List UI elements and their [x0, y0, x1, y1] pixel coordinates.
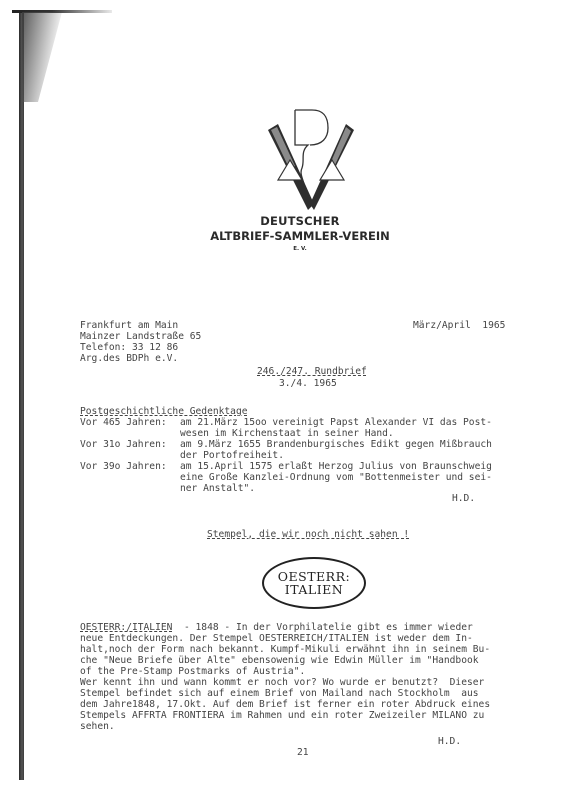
- scan-edge-shadow: [22, 12, 62, 102]
- gedenktage-label: Vor 31o Jahren:: [80, 439, 167, 450]
- article-title: OESTERR:/ITALIEN: [80, 622, 172, 633]
- page-number: 21: [297, 747, 309, 758]
- gedenktage-text: wesen im Kirchenstaat in seiner Hand.: [180, 428, 394, 439]
- address-phone: Telefon: 33 12 86: [80, 342, 178, 353]
- org-name-line3: E. V.: [200, 246, 400, 252]
- address-org: Arg.des BDPh e.V.: [80, 353, 178, 364]
- gedenktage-label: Vor 465 Jahren:: [80, 417, 167, 428]
- gedenktage-text: ner Anstalt".: [180, 483, 255, 494]
- issue-title: 246./247. Rundbrief: [257, 366, 367, 377]
- letter-date: März/April 1965: [413, 320, 505, 331]
- gedenktage-text: am 21.März 15oo vereinigt Papst Alexande…: [180, 417, 492, 428]
- gedenktage-signature: H.D.: [452, 493, 475, 504]
- address-street: Mainzer Landstraße 65: [80, 331, 201, 342]
- article-first-line: OESTERR:/ITALIEN - 1848 - In der Vorphil…: [80, 622, 473, 633]
- gedenktage-label: Vor 39o Jahren:: [80, 461, 167, 472]
- article-line: che "Neue Briefe über Alte" ebensowenig …: [80, 655, 479, 666]
- scan-edge-bar: [19, 12, 24, 780]
- gedenktage-heading: Postgeschichtliche Gedenktage: [80, 406, 248, 417]
- gedenktage-text: der Portofreiheit.: [180, 450, 284, 461]
- article-line: Stempels AFFRTA FRONTIERA im Rahmen und …: [80, 710, 484, 721]
- org-name-line1: DEUTSCHER: [200, 214, 400, 228]
- article-line: sehen.: [80, 721, 115, 732]
- gedenktage-text: eine Große Kanzlei-Ordnung vom "Bottenme…: [180, 472, 492, 483]
- article-line: Stempel befindet sich auf einem Brief vo…: [80, 688, 479, 699]
- article-line: dem Jahre1848, 17.Okt. Auf dem Brief ist…: [80, 699, 490, 710]
- gedenktage-text: am 15.April 1575 erlaßt Herzog Julius vo…: [180, 461, 492, 472]
- issue-number: 3./4. 1965: [279, 378, 337, 389]
- org-name-line2: ALTBRIEF-SAMMLER-VEREIN: [200, 229, 400, 243]
- oesterreich-italien-stamp: OESTERR: ITALIEN: [262, 557, 366, 609]
- stamp-line2: ITALIEN: [264, 583, 364, 596]
- article-line: neue Entdeckungen. Der Stempel OESTERREI…: [80, 633, 473, 644]
- article-line: - 1848 - In der Vorphilatelie gibt es im…: [172, 622, 472, 633]
- gedenktage-text: am 9.März 1655 Brandenburgisches Edikt g…: [180, 439, 492, 450]
- address-city: Frankfurt am Main: [80, 320, 178, 331]
- article-line: halt,noch der Form nach bekannt. Kumpf-M…: [80, 644, 490, 655]
- article-signature: H.D.: [438, 736, 461, 747]
- stempel-heading: Stempel, die wir noch nicht sahen !: [207, 529, 409, 540]
- article-line: of the Pre-Stamp Postmarks of Austria".: [80, 666, 305, 677]
- dasv-logo-icon: [250, 100, 370, 212]
- article-line: Wer kennt ihn und wann kommt er noch vor…: [80, 677, 484, 688]
